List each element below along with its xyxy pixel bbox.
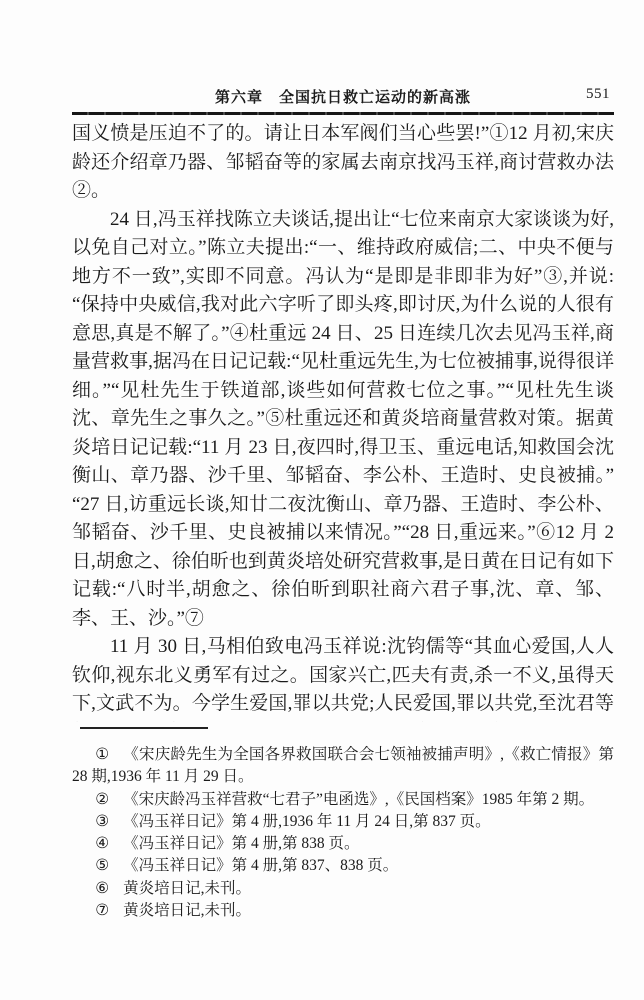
book-page: 第六章 全国抗日救亡运动的新高涨 551 国义愤是压迫不了的。请让日本军阀们当心… — [0, 0, 644, 1000]
footnote-text: 《冯玉祥日记》第 4 册,1936 年 11 月 24 日,第 837 页。 — [123, 813, 491, 830]
footnote-marker: ⑤ — [95, 855, 109, 877]
footnote-text: 《冯玉祥日记》第 4 册,第 838 页。 — [123, 835, 359, 852]
footnote-marker: ① — [95, 744, 109, 766]
chapter-title: 第六章 全国抗日救亡运动的新高涨 — [72, 86, 614, 107]
running-header: 第六章 全国抗日救亡运动的新高涨 551 — [72, 86, 614, 108]
footnote-text: 《宋庆龄先生为全国各界救国联合会七领袖被捕声明》,《救亡情报》第 28 期,19… — [72, 746, 614, 785]
body-paragraph: 11 月 30 日,马相伯致电冯玉祥说:沈钧儒等“其血心爱国,人人钦仰,视东北义… — [72, 633, 614, 722]
footnote-item: ④《冯玉祥日记》第 4 册,第 838 页。 — [72, 833, 614, 855]
footnote-text: 黄炎培日记,未刊。 — [123, 902, 251, 919]
header-rule — [72, 112, 614, 115]
footnote-item: ⑦黄炎培日记,未刊。 — [72, 900, 614, 922]
footnote-text: 黄炎培日记,未刊。 — [123, 880, 251, 897]
body-paragraph: 24 日,冯玉祥找陈立夫谈话,提出让“七位来南京大家谈谈为好,以免自己对立。”陈… — [72, 206, 614, 634]
footnote-marker: ② — [95, 789, 109, 811]
footnote-item: ③《冯玉祥日记》第 4 册,1936 年 11 月 24 日,第 837 页。 — [72, 811, 614, 833]
body-paragraph: 国义愤是压迫不了的。请让日本军阀们当心些罢!”①12 月初,宋庆龄还介绍章乃器、… — [72, 120, 614, 206]
footnote-item: ①《宋庆龄先生为全国各界救国联合会七领袖被捕声明》,《救亡情报》第 28 期,1… — [72, 744, 614, 789]
footnote-separator — [80, 727, 208, 729]
footnote-marker: ⑥ — [95, 878, 109, 900]
page-number: 551 — [586, 86, 610, 103]
footnote-item: ②《宋庆龄冯玉祥营救“七君子”电函选》,《民国档案》1985 年第 2 期。 — [72, 789, 614, 811]
footnote-text: 《宋庆龄冯玉祥营救“七君子”电函选》,《民国档案》1985 年第 2 期。 — [123, 791, 594, 808]
footnotes: ①《宋庆龄先生为全国各界救国联合会七领袖被捕声明》,《救亡情报》第 28 期,1… — [72, 744, 614, 922]
body-text: 国义愤是压迫不了的。请让日本军阀们当心些罢!”①12 月初,宋庆龄还介绍章乃器、… — [72, 120, 614, 722]
footnote-marker: ③ — [95, 811, 109, 833]
footnote-marker: ④ — [95, 833, 109, 855]
footnote-marker: ⑦ — [95, 900, 109, 922]
footnote-text: 《冯玉祥日记》第 4 册,第 837、838 页。 — [123, 857, 398, 874]
footnote-item: ⑤《冯玉祥日记》第 4 册,第 837、838 页。 — [72, 855, 614, 877]
footnote-item: ⑥黄炎培日记,未刊。 — [72, 878, 614, 900]
